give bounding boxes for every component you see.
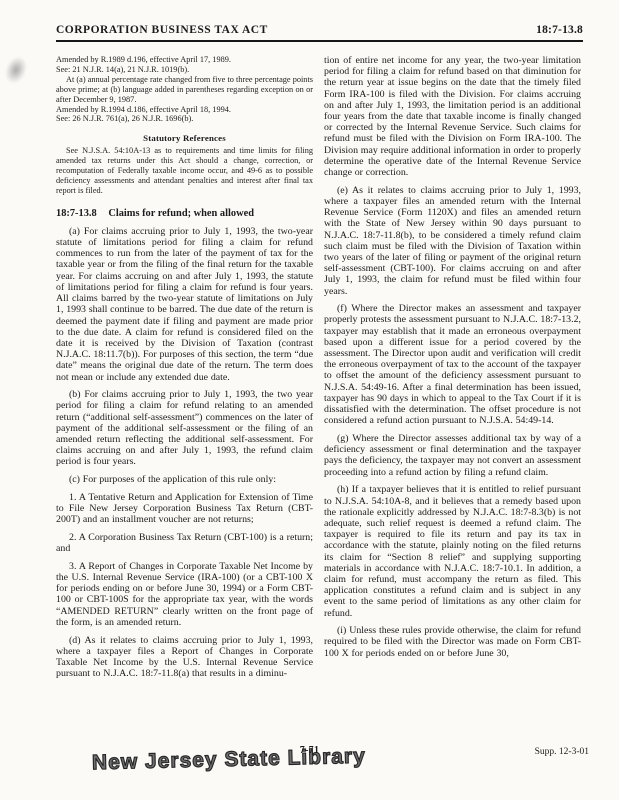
document-page: CORPORATION BUSINESS TAX ACT 18:7-13.8 A…: [0, 0, 619, 800]
history-note-line: Amended by R.1994 d.186, effective April…: [56, 105, 313, 115]
running-header-title: CORPORATION BUSINESS TAX ACT: [56, 24, 268, 36]
page-content: CORPORATION BUSINESS TAX ACT 18:7-13.8 A…: [0, 0, 619, 686]
paragraph: (i) Unless these rules provide otherwise…: [324, 625, 581, 659]
paragraph: (c) For purposes of the application of t…: [56, 474, 313, 485]
right-column-paragraphs: tion of entire net income for any year, …: [324, 55, 581, 659]
header-rule: [56, 40, 583, 42]
left-column: Amended by R.1989 d.196, effective April…: [56, 55, 313, 686]
supplement-date: Supp. 12-3-01: [535, 747, 589, 757]
running-header-section-ref: 18:7-13.8: [536, 24, 583, 36]
paragraph: (g) Where the Director assesses addition…: [324, 433, 581, 478]
history-note-line: At (a) annual percentage rate changed fr…: [56, 75, 313, 105]
paragraph: 2. A Corporation Business Tax Return (CB…: [56, 532, 313, 554]
right-column: tion of entire net income for any year, …: [324, 55, 581, 686]
text-columns: Amended by R.1989 d.196, effective April…: [56, 55, 583, 686]
paragraph: (e) As it relates to claims accruing pri…: [324, 185, 581, 297]
history-note-line: See: 26 N.J.R. 761(a), 26 N.J.R. 1696(b)…: [56, 114, 313, 124]
paragraph: (d) As it relates to claims accruing pri…: [56, 635, 313, 680]
paragraph: (f) Where the Director makes an assessme…: [324, 303, 581, 426]
page-number: 7-71: [0, 745, 619, 756]
page-footer: New Jersey State Library 7-71 Supp. 12-3…: [0, 742, 619, 788]
paragraph: (b) For claims accruing prior to July 1,…: [56, 389, 313, 467]
paragraph: 3. A Report of Changes in Corporate Taxa…: [56, 561, 313, 628]
statutory-references-text: See N.J.S.A. 54:10A-13 as to requirement…: [56, 146, 313, 196]
statutory-references-heading: Statutory References: [56, 133, 313, 143]
paragraph: (h) If a taxpayer believes that it is en…: [324, 484, 581, 618]
history-note-line: See: 21 N.J.R. 14(a), 21 N.J.R. 1019(b).: [56, 65, 313, 75]
history-notes: Amended by R.1989 d.196, effective April…: [56, 55, 313, 124]
paragraph: (a) For claims accruing prior to July 1,…: [56, 226, 313, 383]
paragraph: tion of entire net income for any year, …: [324, 55, 581, 178]
section-number: 18:7-13.8: [56, 208, 97, 219]
running-header: CORPORATION BUSINESS TAX ACT 18:7-13.8: [56, 24, 583, 36]
left-column-paragraphs: (a) For claims accruing prior to July 1,…: [56, 226, 313, 680]
paragraph: 1. A Tentative Return and Application fo…: [56, 492, 313, 526]
section-heading: 18:7-13.8 Claims for refund; when allowe…: [56, 208, 313, 219]
section-title: Claims for refund; when allowed: [108, 208, 254, 219]
history-note-line: Amended by R.1989 d.196, effective April…: [56, 55, 313, 65]
